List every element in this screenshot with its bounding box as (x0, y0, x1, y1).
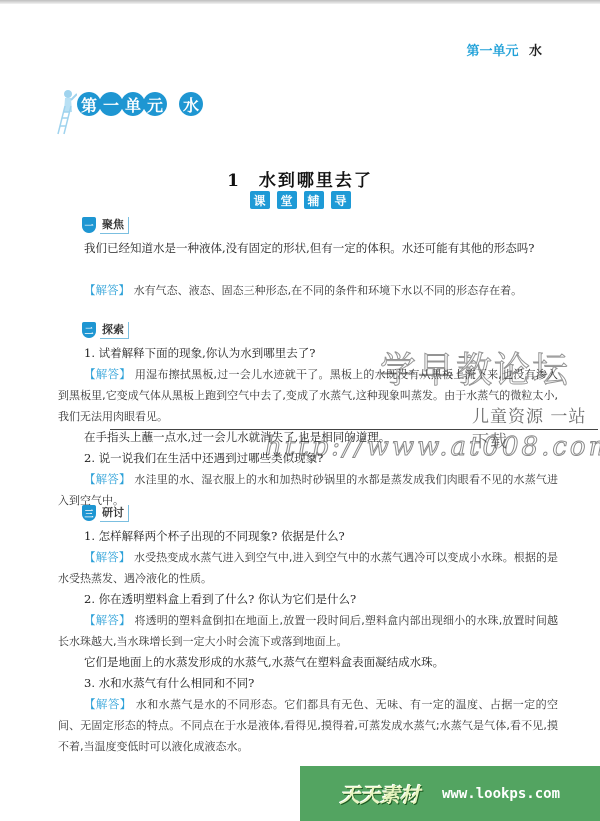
top-edge-bar (0, 0, 600, 4)
answer-text: 水和水蒸气是水的不同形态。它们都具有无色、无味、有一定的温度、占据一定的空间、无… (58, 698, 558, 753)
question: 2. 你在透明塑料盒上看到了什么? 你认为它们是什么? (58, 589, 558, 610)
shield-badge-icon: 一 (82, 217, 96, 233)
unit-char: 第 (77, 92, 101, 116)
lesson-title: 1水到哪里去了 (0, 166, 600, 191)
paragraph: 在手指头上蘸一点水,过一会儿水就消失了,也是相同的道理。 (58, 427, 558, 448)
answer-text: 用湿布擦拭黑板,过一会儿水迹就干了。黑板上的水既没有从黑板上流下来,也没有渗入到… (58, 368, 558, 423)
paragraph: 它们是地面上的水蒸发形成的水蒸气,水蒸气在塑料盒表面凝结成水珠。 (58, 652, 558, 673)
answer-label: 【解答】 (84, 367, 131, 381)
answer-label: 【解答】 (84, 550, 130, 564)
unit-topic-char: 水 (179, 92, 203, 116)
ladder-climber-icon (55, 88, 77, 136)
lesson-title-text: 水到哪里去了 (259, 171, 373, 191)
answer-paragraph: 【解答】 水和水蒸气是水的不同形态。它们都具有无色、无味、有一定的温度、占据一定… (58, 694, 558, 757)
footer-ad-banner[interactable]: 天天素材 www.lookps.com (300, 766, 600, 821)
answer-text: 水有气态、液态、固态三种形态,在不同的条件和环境下水以不同的形态存在着。 (134, 284, 523, 297)
section-tag-explore: 二 探索 (82, 321, 129, 339)
subtitle-char: 导 (331, 191, 351, 209)
answer-paragraph: 【解答】 水洼里的水、湿衣服上的水和加热时砂锅里的水都是蒸发成我们肉眼看不见的水… (58, 469, 558, 511)
subtitle-char: 课 (250, 191, 270, 209)
section-label: 聚焦 (100, 217, 129, 234)
section-tag-focus: 一 聚焦 (82, 216, 129, 234)
answer-paragraph: 【解答】 将透明的塑料盒倒扣在地面上,放置一段时间后,塑料盒内部出现细小的水珠,… (58, 610, 558, 652)
answer-label: 【解答】 (84, 613, 131, 627)
unit-char: 单 (121, 92, 145, 116)
answer-paragraph: 【解答】 用湿布擦拭黑板,过一会儿水迹就干了。黑板上的水既没有从黑板上流下来,也… (58, 364, 558, 427)
unit-char: 一 (99, 92, 123, 116)
subtitle-char: 堂 (277, 191, 297, 209)
answer-text: 水洼里的水、湿衣服上的水和加热时砂锅里的水都是蒸发成我们肉眼看不见的水蒸气进入到… (58, 473, 558, 507)
shield-badge-icon: 二 (82, 322, 96, 338)
footer-ad-logo: 天天素材 (340, 779, 420, 808)
answer-paragraph: 【解答】 水受热变成水蒸气进入到空气中,进入到空气中的水蒸气遇冷可以变成小水珠。… (58, 547, 558, 589)
question: 1. 试着解释下面的现象,你认为水到哪里去了? (58, 343, 558, 364)
answer-label: 【解答】 (84, 472, 131, 486)
subtitle-char: 辅 (304, 191, 324, 209)
paragraph: 我们已经知道水是一种液体,没有固定的形状,但有一定的体积。水还可能有其他的形态吗… (58, 238, 558, 259)
running-head-unit: 第一单元 (466, 44, 518, 59)
section-tag-discuss: 三 研讨 (82, 504, 129, 522)
unit-banner: 第 一 单 元 水 (55, 88, 205, 136)
question: 1. 怎样解释两个杯子出现的不同现象? 依据是什么? (58, 526, 558, 547)
question: 3. 水和水蒸气有什么相同和不同? (58, 673, 558, 694)
running-head: 第一单元 水 (466, 40, 542, 59)
section-label: 探索 (100, 322, 129, 339)
shield-badge-icon: 三 (82, 505, 96, 521)
answer-paragraph: 【解答】 水有气态、液态、固态三种形态,在不同的条件和环境下水以不同的形态存在着… (58, 280, 558, 301)
lesson-number: 1 (227, 171, 241, 191)
footer-ad-url[interactable]: www.lookps.com (442, 786, 560, 802)
unit-title: 第 一 单 元 水 (77, 92, 201, 116)
lesson-subtitle: 课 堂 辅 导 (0, 191, 600, 209)
unit-char: 元 (143, 92, 167, 116)
answer-label: 【解答】 (84, 697, 132, 711)
section-label: 研讨 (100, 505, 129, 522)
answer-text: 水受热变成水蒸气进入到空气中,进入到空气中的水蒸气遇冷可以变成小水珠。根据的是水… (58, 551, 558, 585)
running-head-topic: 水 (529, 44, 542, 59)
answer-text: 将透明的塑料盒倒扣在地面上,放置一段时间后,塑料盒内部出现细小的水珠,放置时间越… (58, 614, 558, 648)
answer-label: 【解答】 (84, 283, 130, 297)
question: 2. 说一说我们在生活中还遇到过哪些类似现象? (58, 448, 558, 469)
